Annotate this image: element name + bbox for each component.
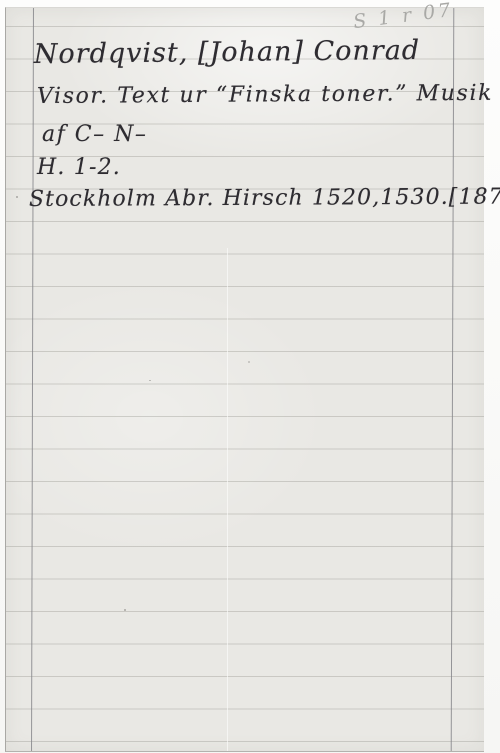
paper-speck: [124, 609, 126, 611]
handwritten-attribution-line: af C– N–: [42, 122, 147, 147]
handwritten-imprint-line: Stockholm Abr. Hirsch 1520,1530.[1875]: [29, 184, 500, 212]
handwritten-title-line: Visor. Text ur “Finska toner.” Musik: [37, 81, 493, 109]
paper-speck: [16, 196, 18, 198]
handwritten-volume-line: H. 1-2.: [37, 155, 121, 180]
handwritten-author-line: Nordqvist, [Johan] Conrad: [34, 35, 421, 70]
scanned-document: S 1 r 07 Nordqvist, [Johan] Conrad Visor…: [0, 0, 500, 753]
paper-crease: [227, 248, 228, 751]
paper-speck: [248, 361, 250, 363]
paper-speck: [149, 380, 151, 381]
catalog-card: S 1 r 07 Nordqvist, [Johan] Conrad Visor…: [5, 7, 484, 752]
